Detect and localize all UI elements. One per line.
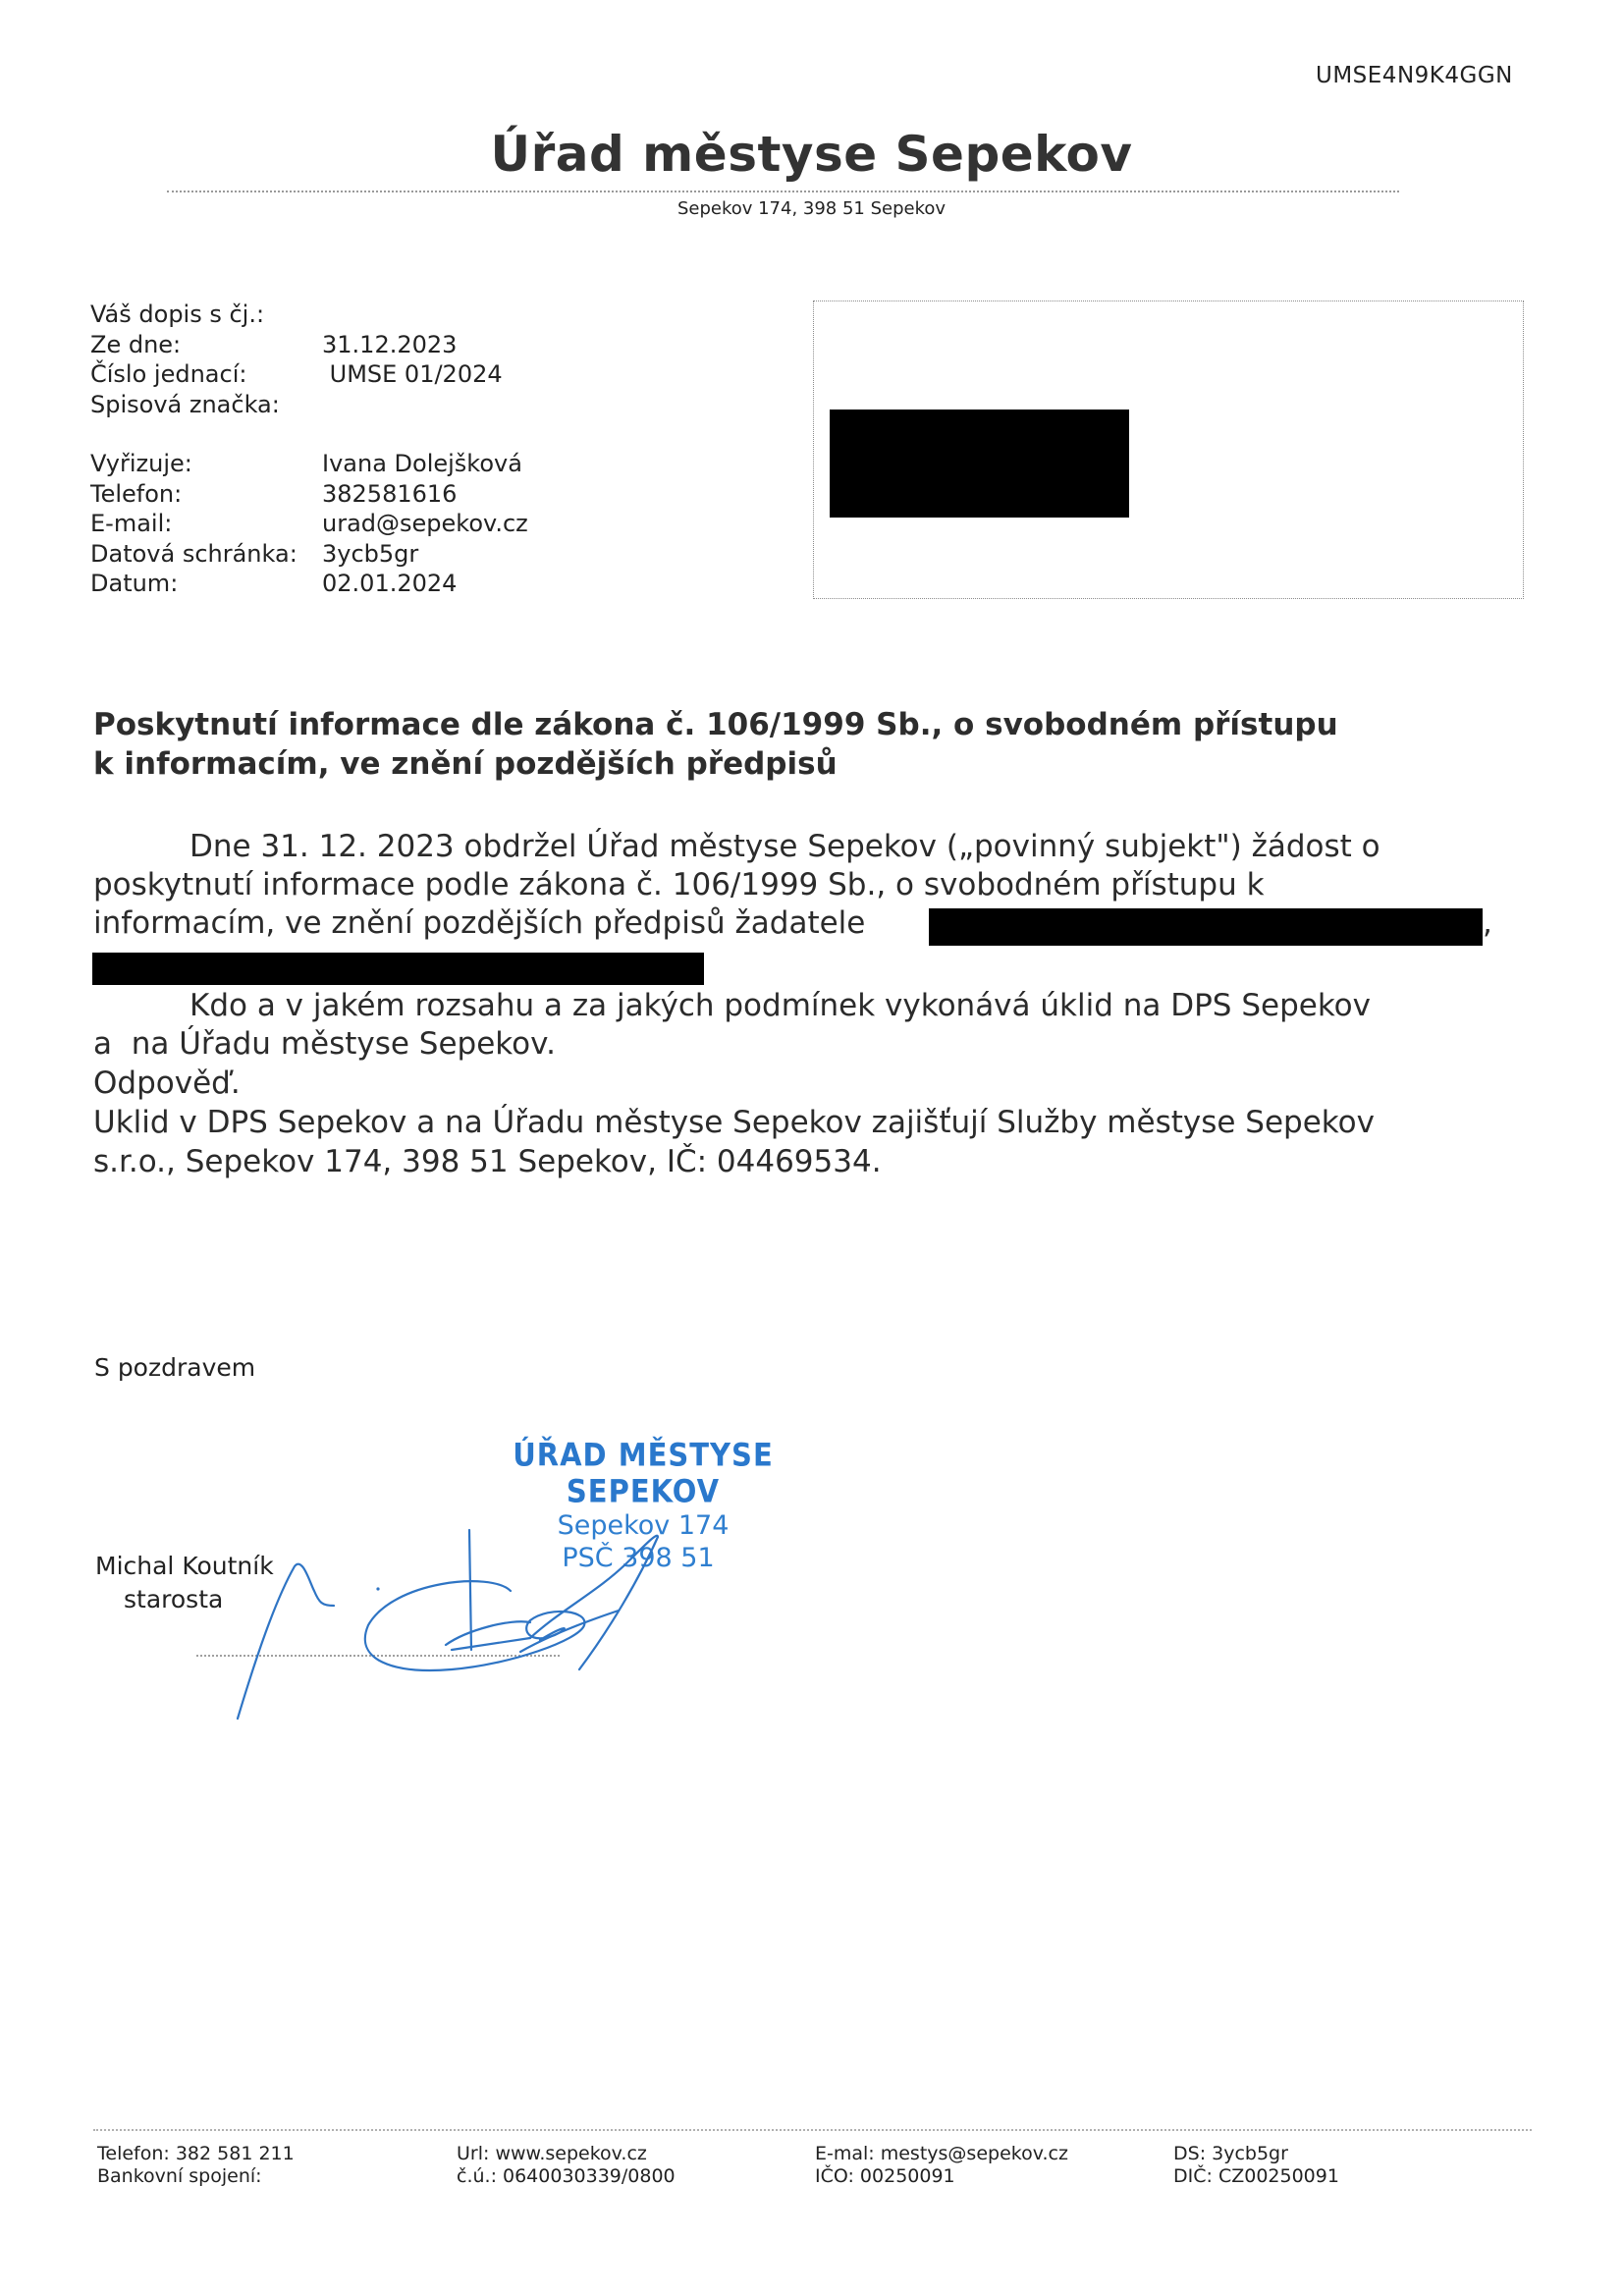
meta-value: 31.12.2023 xyxy=(322,330,457,360)
meta-label: Spisová značka: xyxy=(90,390,322,420)
redacted-applicant-name xyxy=(929,908,1483,946)
footer-phone: Telefon: 382 581 211 xyxy=(97,2143,295,2165)
meta-label: Ze dne: xyxy=(90,330,322,360)
redacted-applicant-address xyxy=(92,953,704,985)
question-line-1: Kdo a v jakém rozsahu a za jakých podmín… xyxy=(189,987,1371,1025)
reference-block: Váš dopis s čj.: Ze dne: 31.12.2023 Čísl… xyxy=(90,300,528,599)
meta-label: E-mail: xyxy=(90,509,322,539)
footer-email-ico: E-mal: mestys@sepekov.cz IČO: 00250091 xyxy=(815,2143,1068,2188)
meta-row-data-box: Datová schránka: 3ycb5gr xyxy=(90,539,528,570)
body-p1-line3: informacím, ve znění pozdějších předpisů… xyxy=(93,904,865,943)
stamp-line-1: ÚŘAD MĚSTYSE SEPEKOV xyxy=(432,1437,825,1510)
redacted-recipient xyxy=(830,410,1129,518)
footer-ico: IČO: 00250091 xyxy=(815,2165,1068,2188)
footer-divider xyxy=(93,2129,1532,2131)
meta-value: UMSE 01/2024 xyxy=(322,359,503,390)
letterhead-address: Sepekov 174, 398 51 Sepekov xyxy=(0,198,1623,219)
meta-label: Váš dopis s čj.: xyxy=(90,300,322,330)
meta-label: Vyřizuje: xyxy=(90,449,322,479)
footer-url: Url: www.sepekov.cz xyxy=(457,2143,676,2165)
meta-row-date: Datum: 02.01.2024 xyxy=(90,569,528,599)
meta-label: Datová schránka: xyxy=(90,539,322,570)
meta-value: 382581616 xyxy=(322,479,457,510)
meta-value: 3ycb5gr xyxy=(322,539,418,570)
footer-account: č.ú.: 0640030339/0800 xyxy=(457,2165,676,2188)
answer-line-2: s.r.o., Sepekov 174, 398 51 Sepekov, IČ:… xyxy=(93,1143,882,1181)
meta-label: Číslo jednací: xyxy=(90,359,322,390)
letterhead-title: Úřad městyse Sepekov xyxy=(0,126,1623,183)
meta-value: Ivana Dolejšková xyxy=(322,449,522,479)
meta-row-file-mark: Spisová značka: xyxy=(90,390,528,420)
footer-contact-phone: Telefon: 382 581 211 Bankovní spojení: xyxy=(97,2143,295,2188)
answer-label: Odpověď. xyxy=(93,1065,241,1103)
meta-row-handled-by: Vyřizuje: Ivana Dolejšková xyxy=(90,449,528,479)
letterhead-divider xyxy=(167,191,1399,192)
meta-label: Datum: xyxy=(90,569,322,599)
answer-line-1: Uklid v DPS Sepekov a na Úřadu městyse S… xyxy=(93,1104,1375,1142)
meta-value: 02.01.2024 xyxy=(322,569,457,599)
footer-dic: DIČ: CZ00250091 xyxy=(1173,2165,1339,2188)
meta-row-reference-number: Číslo jednací: UMSE 01/2024 xyxy=(90,359,528,390)
question-line-2: a na Úřadu městyse Sepekov. xyxy=(93,1025,556,1064)
body-p1-line2: poskytnutí informace podle zákona č. 106… xyxy=(93,866,1265,904)
body-p1-line1: Dne 31. 12. 2023 obdržel Úřad městyse Se… xyxy=(189,828,1380,866)
meta-row-date-of-letter: Ze dne: 31.12.2023 xyxy=(90,330,528,360)
footer-ds: DS: 3ycb5gr xyxy=(1173,2143,1339,2165)
footer-bank-label: Bankovní spojení: xyxy=(97,2165,295,2188)
footer-ds-dic: DS: 3ycb5gr DIČ: CZ00250091 xyxy=(1173,2143,1339,2188)
subject-line-2: k informacím, ve znění pozdějších předpi… xyxy=(93,744,1546,784)
footer-email: E-mal: mestys@sepekov.cz xyxy=(815,2143,1068,2165)
meta-row-your-letter: Váš dopis s čj.: xyxy=(90,300,528,330)
handwritten-signature-icon xyxy=(196,1512,746,1738)
footer-web-bank: Url: www.sepekov.cz č.ú.: 0640030339/080… xyxy=(457,2143,676,2188)
meta-row-email: E-mail: urad@sepekov.cz xyxy=(90,509,528,539)
subject-heading: Poskytnutí informace dle zákona č. 106/1… xyxy=(93,705,1546,784)
greeting: S pozdravem xyxy=(94,1353,255,1382)
meta-row-phone: Telefon: 382581616 xyxy=(90,479,528,510)
body-comma: , xyxy=(1483,904,1492,943)
document-id: UMSE4N9K4GGN xyxy=(1316,63,1513,88)
meta-label: Telefon: xyxy=(90,479,322,510)
meta-value: urad@sepekov.cz xyxy=(322,509,528,539)
subject-line-1: Poskytnutí informace dle zákona č. 106/1… xyxy=(93,705,1546,744)
